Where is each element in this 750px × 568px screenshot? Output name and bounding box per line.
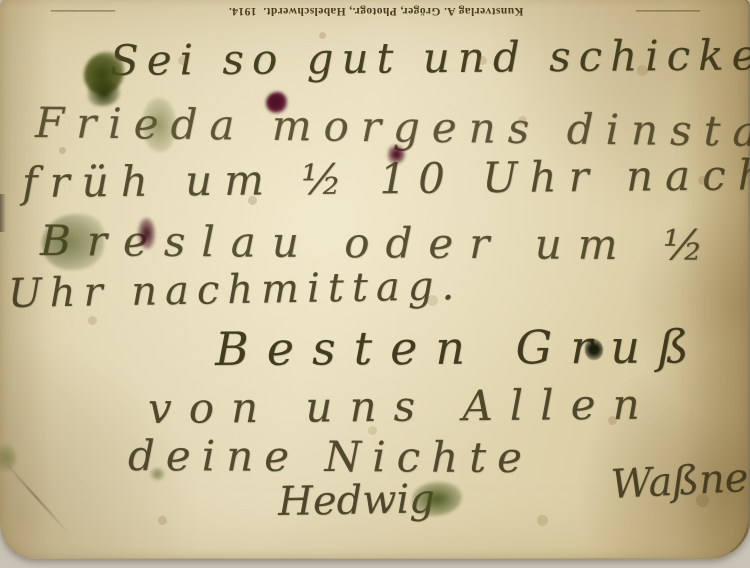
signature-line: Hedwig Waßner. [278,474,750,522]
stain-green-6 [150,468,165,480]
paper-crease [3,461,69,534]
handwritten-line-8: deine Nichte [128,435,533,479]
handwritten-line-1: Sei so gut und schicke [110,34,750,82]
stain-green-3 [142,98,176,152]
handwritten-line-5: Uhr nachmittag. [8,266,463,314]
imprint-text: Kunstverlag A. Gröger, Photogr., Habelsc… [229,6,524,18]
stain-maroon-3 [138,218,155,249]
handwritten-line-6: Besten Gruß [215,323,707,372]
foxing-spots [0,0,5,3]
scanned-postcard-photo: —————— Kunstverlag A. Gröger, Photogr., … [0,0,750,568]
imprint-rule-right: —————— [52,6,115,18]
ink-blot [585,339,603,360]
postcard: —————— Kunstverlag A. Gröger, Photogr., … [0,0,750,559]
stain-maroon-2 [388,145,405,164]
signature-surname: Waßner. [610,456,750,505]
left-edge-mark [0,194,6,232]
handwritten-line-3: früh um ½ 10 Uhr nach [22,154,750,204]
handwritten-line-7: von uns Allen [148,384,657,430]
stain-green-4 [42,214,104,270]
imprint-rule-left: —————— [637,6,700,18]
stain-maroon-1 [266,92,287,113]
publisher-imprint: —————— Kunstverlag A. Gröger, Photogr., … [52,3,700,20]
